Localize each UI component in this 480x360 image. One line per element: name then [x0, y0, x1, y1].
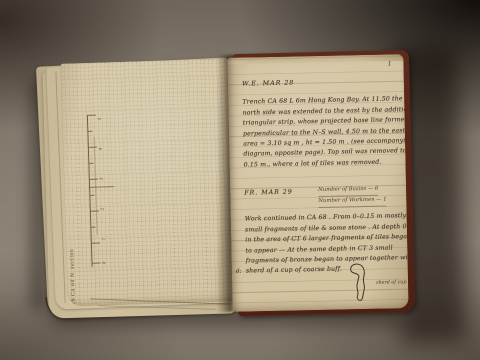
scale-tick [89, 147, 97, 148]
scale-number: 4 [98, 148, 103, 151]
scale-tick [90, 179, 98, 180]
section-scale-drawing: 5 4 3 2 1 0 Trench CA 68 N. section [66, 110, 119, 281]
drawing-caption: Trench CA 68 N. section [67, 167, 78, 306]
entry-paragraph: Trench CA 68 L 6m Hong Kong Bay. At 11.5… [242, 95, 401, 171]
scale-tick [91, 211, 99, 212]
drawing-caption-line: N. section [70, 249, 76, 278]
scale-main-line [87, 115, 93, 267]
entry-date-heading: W.E. MAR 28 [242, 75, 400, 89]
scale-number: 0 [101, 262, 106, 265]
scale-tick [88, 131, 92, 132]
journal-page: 1 W.E. MAR 28 Trench CA 68 L 6m Hong Kon… [227, 54, 408, 312]
sketch-label: sherd of cup [376, 280, 406, 286]
photo-scene: 5 4 3 2 1 0 Trench CA 68 N. section 1 W.… [0, 0, 480, 360]
margin-note: d: [236, 267, 242, 278]
scale-tick [88, 115, 96, 116]
scale-tick [91, 227, 95, 228]
scale-cross-line [89, 186, 114, 188]
scale-number: 1 [101, 238, 106, 241]
journal-entry: W.E. MAR 28 Trench CA 68 L 6m Hong Kong … [242, 75, 402, 171]
scale-tick [92, 243, 100, 244]
scale-number: 3 [99, 178, 104, 181]
handwriting-line: 0.15 m., where a lot of tiles was remove… [244, 157, 402, 171]
scale-tick [92, 263, 100, 264]
entry-meta-block: Number of Basins — 6 Number of Workmen —… [318, 185, 387, 209]
meta-line: Number of Workmen — 1 [318, 196, 386, 209]
graph-paper-page: 5 4 3 2 1 0 Trench CA 68 N. section [60, 58, 236, 306]
page-number: 1 [388, 60, 392, 67]
scale-tick [90, 195, 94, 196]
drawing-caption-line: Trench CA 68 [71, 279, 77, 307]
cup-sherd-sketch: sherd of cup [346, 262, 407, 303]
cup-sherd-outline-icon [346, 263, 373, 304]
scale-number: 2 [100, 208, 105, 211]
scale-number: 5 [97, 118, 102, 121]
scale-tick [89, 163, 93, 164]
